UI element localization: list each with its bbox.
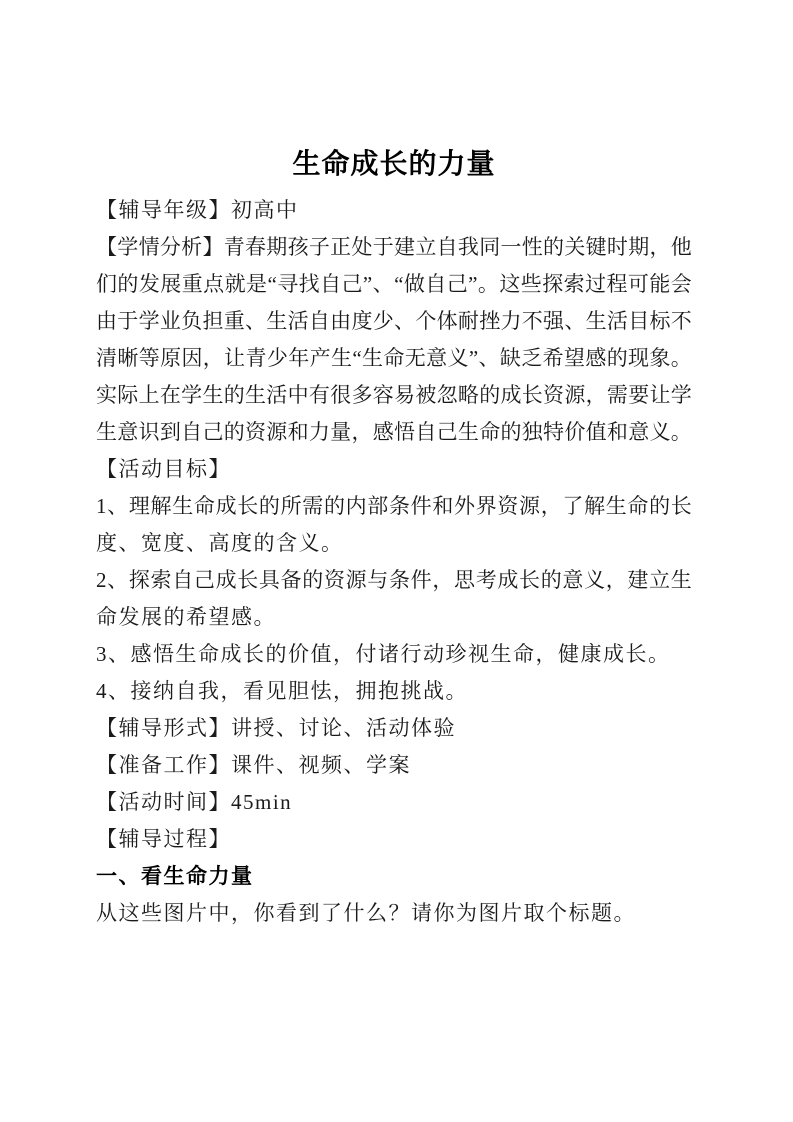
- text-line: 3、感悟生命成长的价值，付诸行动珍视生命，健康成长。: [96, 636, 692, 673]
- document-page: 生命成长的力量 【辅导年级】初高中【学情分析】青春期孩子正处于建立自我同一性的关…: [0, 0, 793, 1122]
- text-line: 度、宽度、高度的含义。: [96, 525, 692, 562]
- text-line: 从这些图片中，你看到了什么？请你为图片取个标题。: [96, 895, 692, 932]
- text-line: 【辅导过程】: [96, 821, 692, 858]
- text-line: 【辅导年级】初高中: [96, 192, 692, 229]
- text-line: 【辅导形式】讲授、讨论、活动体验: [96, 710, 692, 747]
- document-body: 【辅导年级】初高中【学情分析】青春期孩子正处于建立自我同一性的关键时期，他们的发…: [96, 192, 692, 932]
- text-line: 【学情分析】青春期孩子正处于建立自我同一性的关键时期，他: [96, 229, 692, 266]
- text-line: 清晰等原因，让青少年产生“生命无意义”、缺乏希望感的现象。: [96, 340, 692, 377]
- document-content: 生命成长的力量 【辅导年级】初高中【学情分析】青春期孩子正处于建立自我同一性的关…: [96, 144, 692, 932]
- text-line: 【准备工作】课件、视频、学案: [96, 747, 692, 784]
- text-line: 生意识到自己的资源和力量，感悟自己生命的独特价值和意义。: [96, 414, 692, 451]
- text-line: 实际上在学生的生活中有很多容易被忽略的成长资源，需要让学: [96, 377, 692, 414]
- text-line: 2、探索自己成长具备的资源与条件，思考成长的意义，建立生: [96, 562, 692, 599]
- document-title: 生命成长的力量: [96, 144, 692, 186]
- text-line: 1、理解生命成长的所需的内部条件和外界资源，了解生命的长: [96, 488, 692, 525]
- text-line: 【活动目标】: [96, 451, 692, 488]
- text-line: 【活动时间】45min: [96, 784, 692, 821]
- text-line: 4、接纳自我，看见胆怯，拥抱挑战。: [96, 673, 692, 710]
- text-line: 一、看生命力量: [96, 858, 692, 895]
- text-line: 由于学业负担重、生活自由度少、个体耐挫力不强、生活目标不: [96, 303, 692, 340]
- text-line: 命发展的希望感。: [96, 599, 692, 636]
- text-line: 们的发展重点就是“寻找自己”、“做自己”。这些探索过程可能会: [96, 266, 692, 303]
